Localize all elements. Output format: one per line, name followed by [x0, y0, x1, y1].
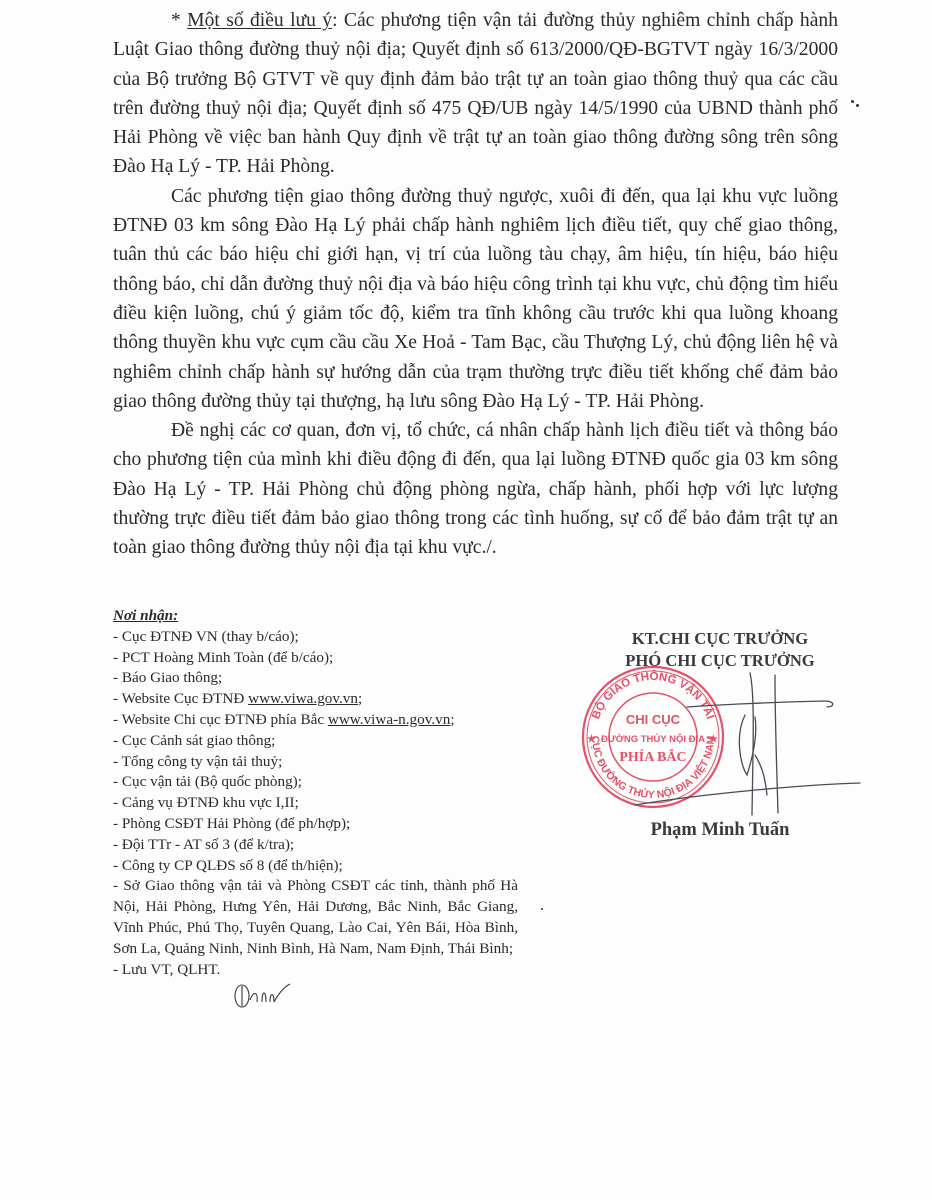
recipient-item: - Sở Giao thông vận tải và Phòng CSĐT cá… [113, 876, 518, 959]
website-link[interactable]: www.viwa-n.gov.vn [328, 711, 450, 728]
recipients-title: Nơi nhận: [113, 606, 518, 627]
recipient-item: - Công ty CP QLĐS số 8 (để th/hiện); [113, 856, 518, 877]
handwritten-signature [595, 655, 865, 825]
recipient-item: - Website Cục ĐTNĐ www.viwa.gov.vn; [113, 689, 518, 710]
note-label: Một số điều lưu ý [187, 10, 332, 31]
signer-name: Phạm Minh Tuấn [600, 820, 840, 841]
recipient-item: - PCT Hoàng Minh Toàn (để b/cáo); [113, 648, 518, 669]
recipient-item: - Tổng công ty vận tải thuỷ; [113, 752, 518, 773]
paragraph-request: Đề nghị các cơ quan, đơn vị, tổ chức, cá… [113, 416, 838, 562]
scan-speck [851, 100, 854, 103]
recipient-item: - Báo Giao thông; [113, 668, 518, 689]
recipient-item: - Cục vận tải (Bộ quốc phòng); [113, 772, 518, 793]
recipients-list: Nơi nhận: - Cục ĐTNĐ VN (thay b/cáo);- P… [113, 606, 518, 980]
document-page: * Một số điều lưu ý: Các phương tiện vận… [0, 0, 932, 1200]
recipient-item: - Phòng CSĐT Hải Phòng (để ph/hợp); [113, 814, 518, 835]
paragraph-vessel-rules: Các phương tiện giao thông đường thuỷ ng… [113, 182, 838, 416]
scan-speck [541, 908, 543, 910]
signature-title-line1: KT.CHI CỤC TRƯỞNG [600, 628, 840, 650]
document-body: * Một số điều lưu ý: Các phương tiện vận… [113, 6, 838, 563]
recipient-item: - Cục Cảnh sát giao thông; [113, 731, 518, 752]
recipient-item: - Đội TTr - AT số 3 (để k/tra); [113, 835, 518, 856]
initials-mark [232, 980, 292, 1010]
recipient-item: - Cảng vụ ĐTNĐ khu vực I,II; [113, 793, 518, 814]
scan-speck [856, 104, 859, 107]
recipient-item: - Lưu VT, QLHT. [113, 960, 518, 981]
recipient-item: - Cục ĐTNĐ VN (thay b/cáo); [113, 627, 518, 648]
recipient-item: - Website Chi cục ĐTNĐ phía Bắc www.viwa… [113, 710, 518, 731]
website-link[interactable]: www.viwa.gov.vn [248, 690, 358, 707]
note-paragraph: * Một số điều lưu ý: Các phương tiện vận… [113, 6, 838, 182]
